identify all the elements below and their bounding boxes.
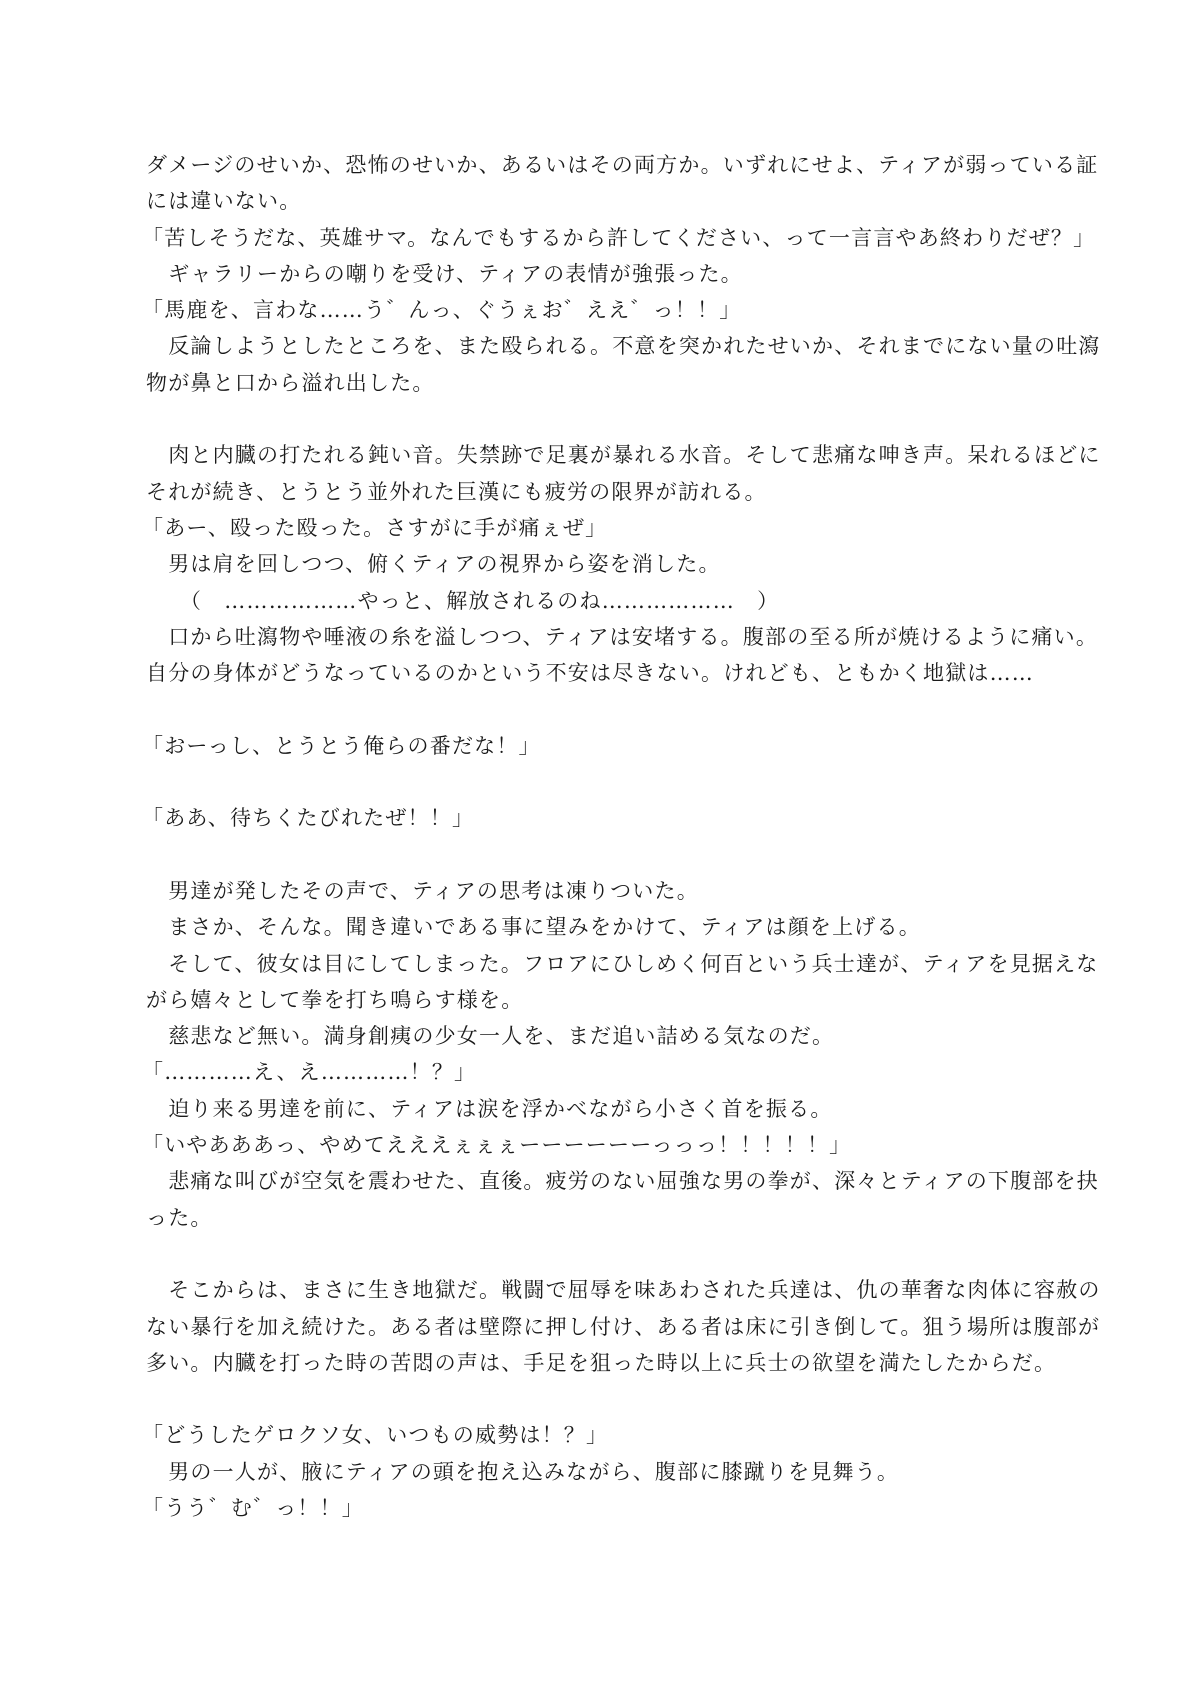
dialogue-line: 「あー、殴った殴った。さすがに手が痛ぇぜ」 [142, 510, 1066, 546]
dialogue-line: 「どうしたゲロクソ女、いつもの威勢は！？」 [142, 1417, 1066, 1453]
paragraph-line: には違いない。 [146, 183, 1066, 219]
paragraph-line: ギャラリーからの嘲りを受け、ティアの表情が強張った。 [146, 256, 1066, 292]
paragraph-line: まさか、そんな。聞き違いである事に望みをかけて、ティアは顔を上げる。 [146, 909, 1066, 945]
blank-line [146, 764, 1066, 800]
dialogue-line: 「馬鹿を、言わな……う゛んっ、ぐうぇお゛ええ゛っ！！」 [142, 292, 1066, 328]
dialogue-line: 「いやあああっ、やめてえええぇぇぇーーーーーーっっっ！！！！！」 [142, 1127, 1066, 1163]
paragraph-line: 自分の身体がどうなっているのかという不安は尽きない。けれども、ともかく地獄は…… [146, 655, 1066, 691]
blank-line [146, 837, 1066, 873]
paragraph-line: そして、彼女は目にしてしまった。フロアにひしめく何百という兵士達が、ティアを見据… [146, 946, 1066, 982]
paragraph-line: った。 [146, 1200, 1066, 1236]
dialogue-line: 「おーっし、とうとう俺らの番だな！」 [142, 728, 1066, 764]
paragraph-line: 反論しようとしたところを、また殴られる。不意を突かれたせいか、それまでにない量の… [146, 328, 1066, 364]
paragraph-line: 口から吐瀉物や唾液の糸を溢しつつ、ティアは安堵する。腹部の至る所が焼けるように痛… [146, 619, 1066, 655]
dialogue-line: 「苦しそうだな、英雄サマ。なんでもするから許してください、って一言言やあ終わりだ… [142, 220, 1066, 256]
paragraph-line: 男は肩を回しつつ、俯くティアの視界から姿を消した。 [146, 546, 1066, 582]
blank-line [146, 1236, 1066, 1272]
document-page: ダメージのせいか、恐怖のせいか、あるいはその両方か。いずれにせよ、ティアが弱って… [146, 147, 1066, 1526]
blank-line [146, 401, 1066, 437]
blank-line [146, 691, 1066, 727]
blank-line [146, 1381, 1066, 1417]
paragraph-line: 多い。内臓を打った時の苦悶の声は、手足を狙った時以上に兵士の欲望を満たしたからだ… [146, 1345, 1066, 1381]
paragraph-line: 迫り来る男達を前に、ティアは涙を浮かべながら小さく首を振る。 [146, 1091, 1066, 1127]
paragraph-line: 悲痛な叫びが空気を震わせた、直後。疲労のない屈強な男の拳が、深々とティアの下腹部… [146, 1163, 1066, 1199]
paragraph-line: ない暴行を加え続けた。ある者は壁際に押し付け、ある者は床に引き倒して。狙う場所は… [146, 1309, 1066, 1345]
paragraph-line: 肉と内臓の打たれる鈍い音。失禁跡で足裏が暴れる水音。そして悲痛な呻き声。呆れるほ… [146, 437, 1066, 473]
paragraph-line: それが続き、とうとう並外れた巨漢にも疲労の限界が訪れる。 [146, 474, 1066, 510]
dialogue-line: 「ああ、待ちくたびれたぜ！！」 [142, 800, 1066, 836]
paragraph-line: 男達が発したその声で、ティアの思考は凍りついた。 [146, 873, 1066, 909]
paragraph-line: 物が鼻と口から溢れ出した。 [146, 365, 1066, 401]
paragraph-line: がら嬉々として拳を打ち鳴らす様を。 [146, 982, 1066, 1018]
paragraph-line: 男の一人が、腋にティアの頭を抱え込みながら、腹部に膝蹴りを見舞う。 [146, 1454, 1066, 1490]
dialogue-line: 「うう゛む゛っ！！」 [142, 1490, 1066, 1526]
inner-thought-line: （ ………………やっと、解放されるのね……………… ） [146, 583, 1066, 619]
paragraph-line: 慈悲など無い。満身創痍の少女一人を、まだ追い詰める気なのだ。 [146, 1018, 1066, 1054]
paragraph-line: そこからは、まさに生き地獄だ。戦闘で屈辱を味あわされた兵達は、仇の華奢な肉体に容… [146, 1272, 1066, 1308]
paragraph-line: ダメージのせいか、恐怖のせいか、あるいはその両方か。いずれにせよ、ティアが弱って… [146, 147, 1066, 183]
dialogue-line: 「…………え、え…………！？」 [142, 1054, 1066, 1090]
